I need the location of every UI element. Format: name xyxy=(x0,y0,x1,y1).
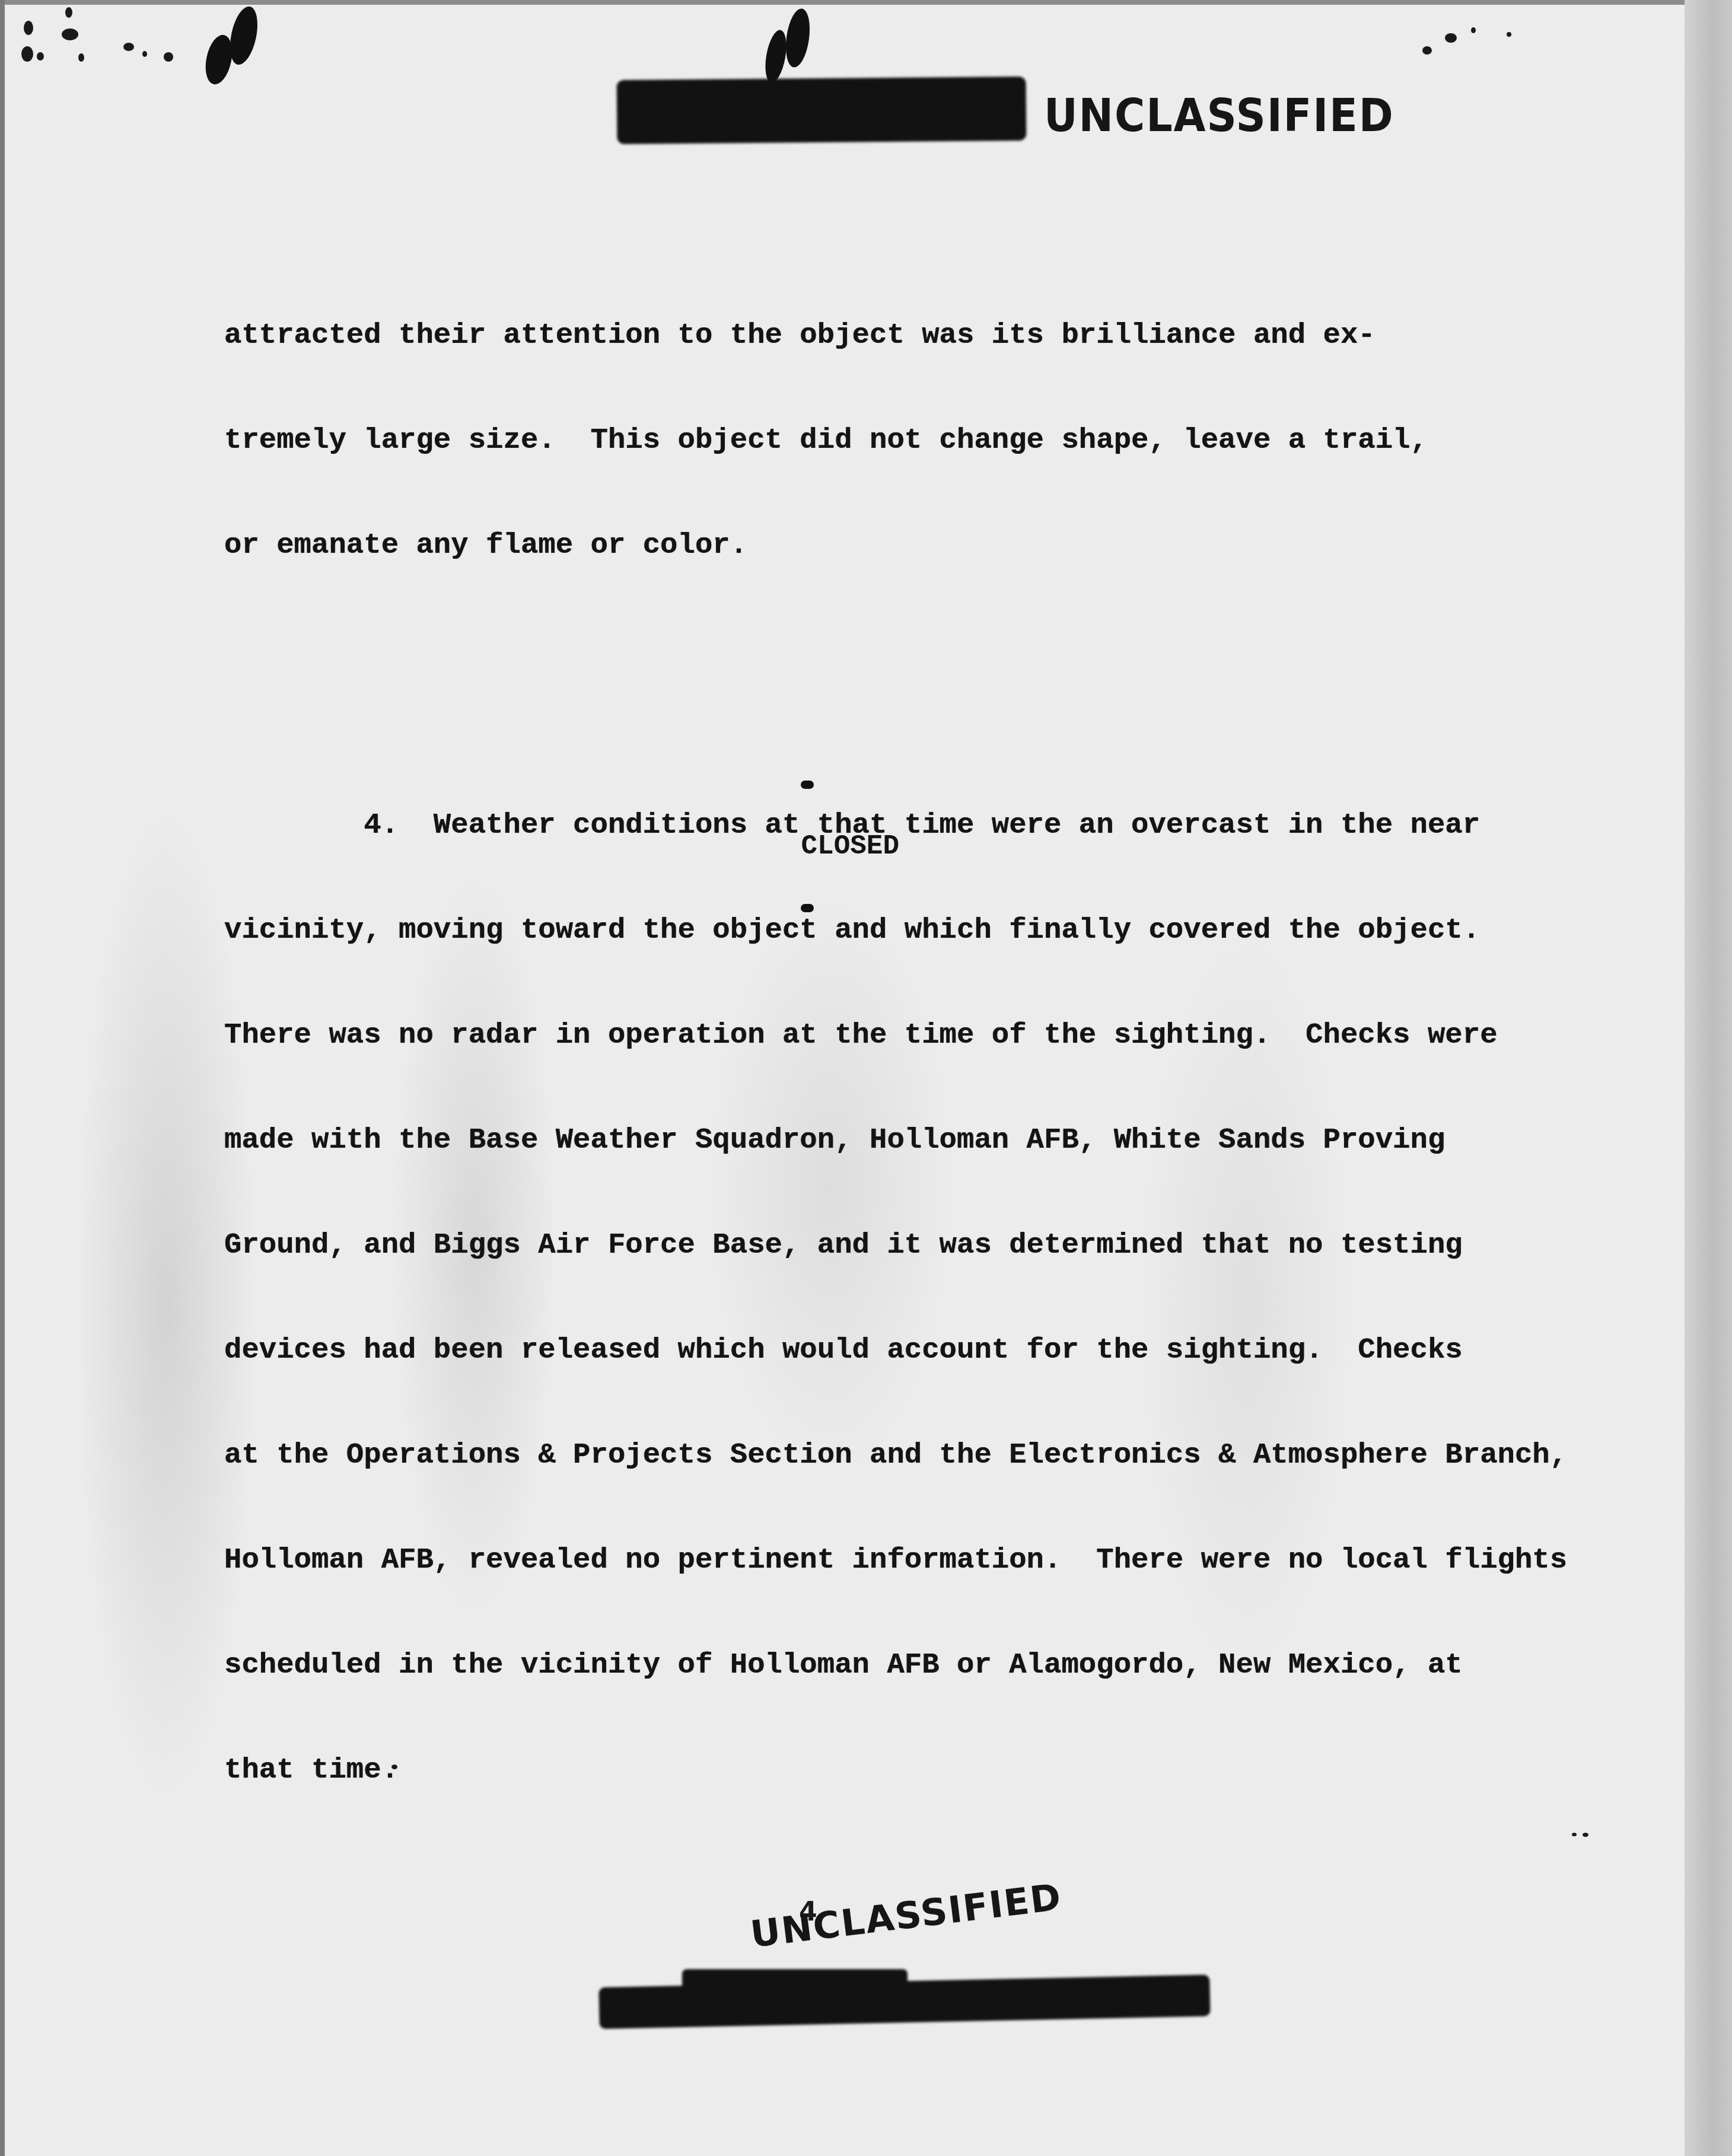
text-line: Ground, and Biggs Air Force Base, and it… xyxy=(224,1228,1648,1263)
text-line: 4. Weather conditions at that time were … xyxy=(224,808,1648,843)
dash-right-icon xyxy=(801,904,814,912)
text-line: devices had been released which would ac… xyxy=(224,1333,1648,1368)
dash-left-icon xyxy=(801,781,814,789)
ink-speck xyxy=(24,21,33,35)
ink-speck xyxy=(1583,1833,1588,1837)
ink-blot xyxy=(762,28,789,84)
text-line: made with the Base Weather Squadron, Hol… xyxy=(224,1123,1648,1158)
ink-speck xyxy=(123,43,134,51)
scan-top-edge xyxy=(0,0,1685,5)
ink-speck xyxy=(1572,1833,1577,1836)
ink-speck xyxy=(37,52,44,60)
text-line: vicinity, moving toward the object and w… xyxy=(224,913,1648,948)
ink-speck xyxy=(21,46,33,62)
text-line: at the Operations & Projects Section and… xyxy=(224,1438,1648,1473)
ink-speck xyxy=(1507,32,1511,37)
paragraph-4: 4. Weather conditions at that time were … xyxy=(224,738,1648,1858)
scan-left-edge xyxy=(0,0,5,2156)
ink-speck xyxy=(164,52,173,62)
paragraph-continued: attracted their attention to the object … xyxy=(224,248,1648,633)
redaction-bar-footer-upper xyxy=(682,1969,908,1993)
text-line: that time. xyxy=(224,1753,1648,1788)
ink-speck xyxy=(1471,27,1476,33)
document-page: UNCLASSIFIED attracted their attention t… xyxy=(0,0,1685,2156)
ink-speck xyxy=(142,51,147,57)
text-line: or emanate any flame or color. xyxy=(224,528,1648,563)
closed-label: CLOSED xyxy=(801,831,899,862)
text-line: scheduled in the vicinity of Holloman AF… xyxy=(224,1648,1648,1683)
classification-stamp-header: UNCLASSIFIED xyxy=(1044,89,1394,142)
ink-blot xyxy=(782,7,813,69)
text-line: attracted their attention to the object … xyxy=(224,318,1648,353)
closing-mark: CLOSED xyxy=(736,738,899,954)
ink-speck xyxy=(65,7,72,18)
ink-speck xyxy=(1445,33,1457,43)
ink-speck xyxy=(1422,46,1432,55)
document-body: attracted their attention to the object … xyxy=(224,178,1648,1928)
scan-right-margin xyxy=(1685,0,1732,2156)
redaction-bar-header xyxy=(617,77,1027,144)
text-line: There was no radar in operation at the t… xyxy=(224,1018,1648,1053)
text-line: Holloman AFB, revealed no pertinent info… xyxy=(224,1543,1648,1578)
ink-speck xyxy=(78,53,84,62)
ink-speck xyxy=(62,28,78,40)
text-line: tremely large size. This object did not … xyxy=(224,423,1648,458)
ink-speck xyxy=(391,1765,397,1769)
